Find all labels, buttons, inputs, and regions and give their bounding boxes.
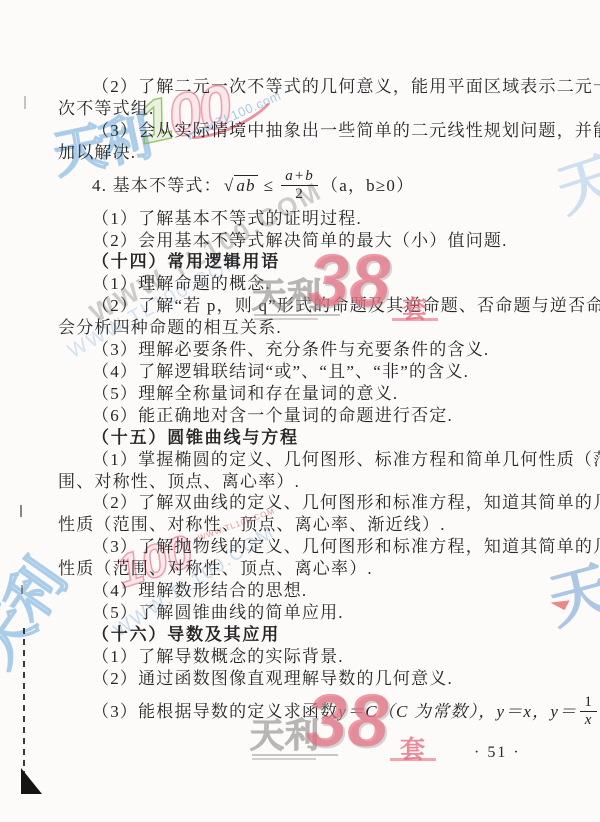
text-line: （2）了解二元一次不等式的几何意义，能用平面区域表示二元一 bbox=[58, 76, 544, 98]
section-heading: （十四）常用逻辑用语 bbox=[58, 251, 544, 273]
text-line: 会分析四种命题的相互关系. bbox=[58, 317, 544, 339]
text-line: 加以解决. bbox=[58, 142, 544, 164]
fraction: 1x bbox=[580, 694, 597, 730]
text-line: （1）掌握椭圆的定义、几何图形、标准方程和简单几何性质（范 bbox=[58, 449, 544, 471]
text-line: （2）了解“若 p，则 q”形式的命题及其逆命题、否命题与逆否命题， bbox=[58, 295, 544, 317]
text-line: 围、对称性、顶点、离心率）. bbox=[58, 471, 544, 493]
text-line: （3）会从实际情境中抽象出一些简单的二元线性规划问题，并能 bbox=[58, 120, 544, 142]
text-line: （5）了解圆锥曲线的简单应用. bbox=[58, 602, 544, 624]
scan-mark bbox=[21, 585, 23, 594]
text-line: （4）理解数形结合的思想. bbox=[58, 580, 544, 602]
text-line: 性质（范围、对称性、顶点、离心率、渐近线）. bbox=[58, 514, 544, 536]
formula-prefix: （3）能根据导数的定义求函数 bbox=[92, 701, 338, 723]
formula-suffix: （a，b≥0） bbox=[321, 175, 414, 197]
text-line: （2）通过函数图像直观理解导数的几何意义. bbox=[58, 668, 544, 690]
text-line: （1）了解导数概念的实际背景. bbox=[58, 646, 544, 668]
sqrt-expression: √ab bbox=[224, 175, 258, 197]
watermark-corner-tian-top: 天 bbox=[544, 131, 600, 229]
radical-sign: √ bbox=[224, 176, 235, 195]
formula-math-text: y＝C（C 为常数），y＝x，y＝ bbox=[338, 701, 577, 723]
text-line: （5）理解全称量词和存在量词的意义. bbox=[58, 383, 544, 405]
scan-mark bbox=[20, 505, 22, 517]
formula-derivative-functions: （3）能根据导数的定义求函数 y＝C（C 为常数），y＝x，y＝ 1x ，y＝ bbox=[58, 690, 544, 734]
text-line: （4）了解逻辑联结词“或”、“且”、“非”的含义. bbox=[58, 361, 544, 383]
page-number: · 51 · bbox=[474, 744, 521, 762]
scanned-document-page: 天利 100 www.TL100.com WWW.TL100.COM WWW.T… bbox=[0, 0, 600, 822]
text-line: （2）了解双曲线的定义、几何图形和标准方程，知道其简单的几何 bbox=[58, 492, 544, 514]
formula-prefix: 4. 基本不等式： bbox=[92, 175, 222, 197]
scan-spine-blob bbox=[21, 768, 42, 794]
section-heading: （十五）圆锥曲线与方程 bbox=[58, 427, 544, 449]
text-line: （6）能正确地对含一个量词的命题进行否定. bbox=[58, 405, 544, 427]
wm38-tao: 套 bbox=[400, 730, 425, 766]
wm38-underline-pink bbox=[390, 758, 436, 761]
wm38-underline bbox=[252, 758, 316, 760]
radicand: ab bbox=[234, 175, 257, 195]
section-heading: （十六）导数及其应用 bbox=[58, 624, 544, 646]
fraction-denominator: x bbox=[580, 712, 597, 729]
text-line: （2）会用基本不等式解决简单的最大（小）值问题. bbox=[58, 230, 544, 252]
scan-spine-line bbox=[23, 628, 25, 778]
scan-mark bbox=[24, 96, 26, 109]
text-line: （3）理解必要条件、充分条件与充要条件的含义. bbox=[58, 339, 544, 361]
text-line: （1）理解命题的概念. bbox=[58, 273, 544, 295]
text-line: 次不等式组. bbox=[58, 98, 544, 120]
wm38-underline bbox=[252, 754, 338, 756]
fraction: a+b2 bbox=[281, 168, 318, 204]
document-body: （2）了解二元一次不等式的几何意义，能用平面区域表示二元一 次不等式组. （3）… bbox=[58, 76, 544, 734]
fraction-numerator: a+b bbox=[281, 168, 318, 186]
fraction-denominator: 2 bbox=[281, 186, 318, 203]
text-line: （1）了解基本不等式的证明过程. bbox=[58, 208, 544, 230]
formula-basic-inequality: 4. 基本不等式： √ab ≤ a+b2 （a，b≥0） bbox=[58, 164, 544, 208]
fraction-numerator: 1 bbox=[580, 694, 597, 712]
watermark-red-accent bbox=[550, 593, 569, 610]
text-line: （3）了解抛物线的定义、几何图形和标准方程，知道其简单的几何 bbox=[58, 536, 544, 558]
relation-symbol: ≤ bbox=[264, 175, 275, 197]
text-line: 性质（范围、对称性、顶点、离心率）. bbox=[58, 558, 544, 580]
